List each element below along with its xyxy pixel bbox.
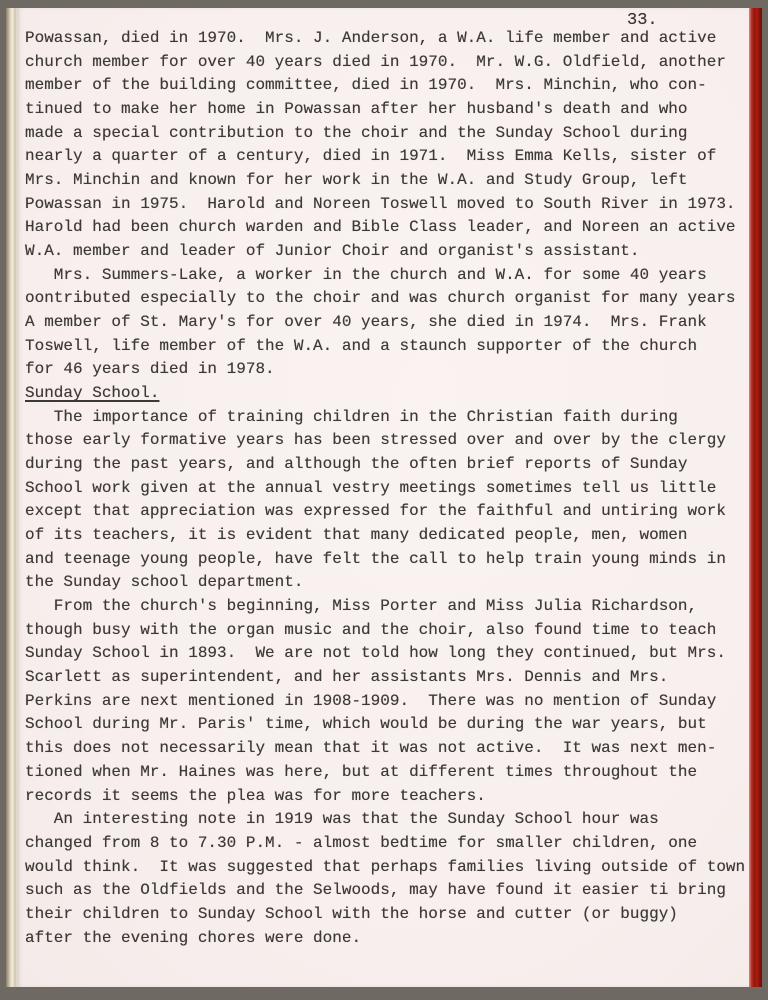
text-line: during the past years, and although the … xyxy=(25,453,755,477)
text-line: for 46 years died in 1978. xyxy=(25,358,755,382)
text-line: changed from 8 to 7.30 P.M. - almost bed… xyxy=(25,832,755,856)
text-line: church member for over 40 years died in … xyxy=(25,51,755,75)
text-line: From the church's beginning, Miss Porter… xyxy=(25,595,755,619)
text-line: Powassan, died in 1970. Mrs. J. Anderson… xyxy=(25,27,755,51)
text-line: Powassan in 1975. Harold and Noreen Tosw… xyxy=(25,193,755,217)
text-line: Perkins are next mentioned in 1908-1909.… xyxy=(25,690,755,714)
text-line: those early formative years has been str… xyxy=(25,429,755,453)
text-line: W.A. member and leader of Junior Choir a… xyxy=(25,240,755,264)
book-binding-edge xyxy=(749,8,762,987)
section-heading-sunday-school: Sunday School. xyxy=(25,382,755,406)
text-line: tioned when Mr. Haines was here, but at … xyxy=(25,761,755,785)
page-body-text: Powassan, died in 1970. Mrs. J. Anderson… xyxy=(25,27,755,950)
text-line: tinued to make her home in Powassan afte… xyxy=(25,98,755,122)
text-line: An interesting note in 1919 was that the… xyxy=(25,808,755,832)
text-line: such as the Oldfields and the Selwoods, … xyxy=(25,879,755,903)
text-line: nearly a quarter of a century, died in 1… xyxy=(25,145,755,169)
text-line: School during Mr. Paris' time, which wou… xyxy=(25,713,755,737)
text-line: their children to Sunday School with the… xyxy=(25,903,755,927)
text-line: Sunday School in 1893. We are not told h… xyxy=(25,642,755,666)
text-line: member of the building committee, died i… xyxy=(25,74,755,98)
text-line: made a special contribution to the choir… xyxy=(25,122,755,146)
text-line: of its teachers, it is evident that many… xyxy=(25,524,755,548)
text-line: after the evening chores were done. xyxy=(25,927,755,951)
text-line: oontributed especially to the choir and … xyxy=(25,287,755,311)
text-line: and teenage young people, have felt the … xyxy=(25,548,755,572)
text-line: this does not necessarily mean that it w… xyxy=(25,737,755,761)
text-line: though busy with the organ music and the… xyxy=(25,619,755,643)
text-line: would think. It was suggested that perha… xyxy=(25,856,755,880)
text-line: Toswell, life member of the W.A. and a s… xyxy=(25,335,755,359)
text-line: Mrs. Minchin and known for her work in t… xyxy=(25,169,755,193)
text-line: School work given at the annual vestry m… xyxy=(25,477,755,501)
text-line: A member of St. Mary's for over 40 years… xyxy=(25,311,755,335)
page-stack-edge xyxy=(6,8,17,987)
text-line: Scarlett as superintendent, and her assi… xyxy=(25,666,755,690)
text-line: the Sunday school department. xyxy=(25,571,755,595)
text-line: Harold had been church warden and Bible … xyxy=(25,216,755,240)
typewritten-page: 33. Powassan, died in 1970. Mrs. J. Ande… xyxy=(17,8,762,987)
text-line: records it seems the plea was for more t… xyxy=(25,785,755,809)
text-line: The importance of training children in t… xyxy=(25,406,755,430)
scanned-book-photo: 33. Powassan, died in 1970. Mrs. J. Ande… xyxy=(0,0,768,1000)
text-line: Mrs. Summers-Lake, a worker in the churc… xyxy=(25,264,755,288)
text-line: except that appreciation was expressed f… xyxy=(25,500,755,524)
